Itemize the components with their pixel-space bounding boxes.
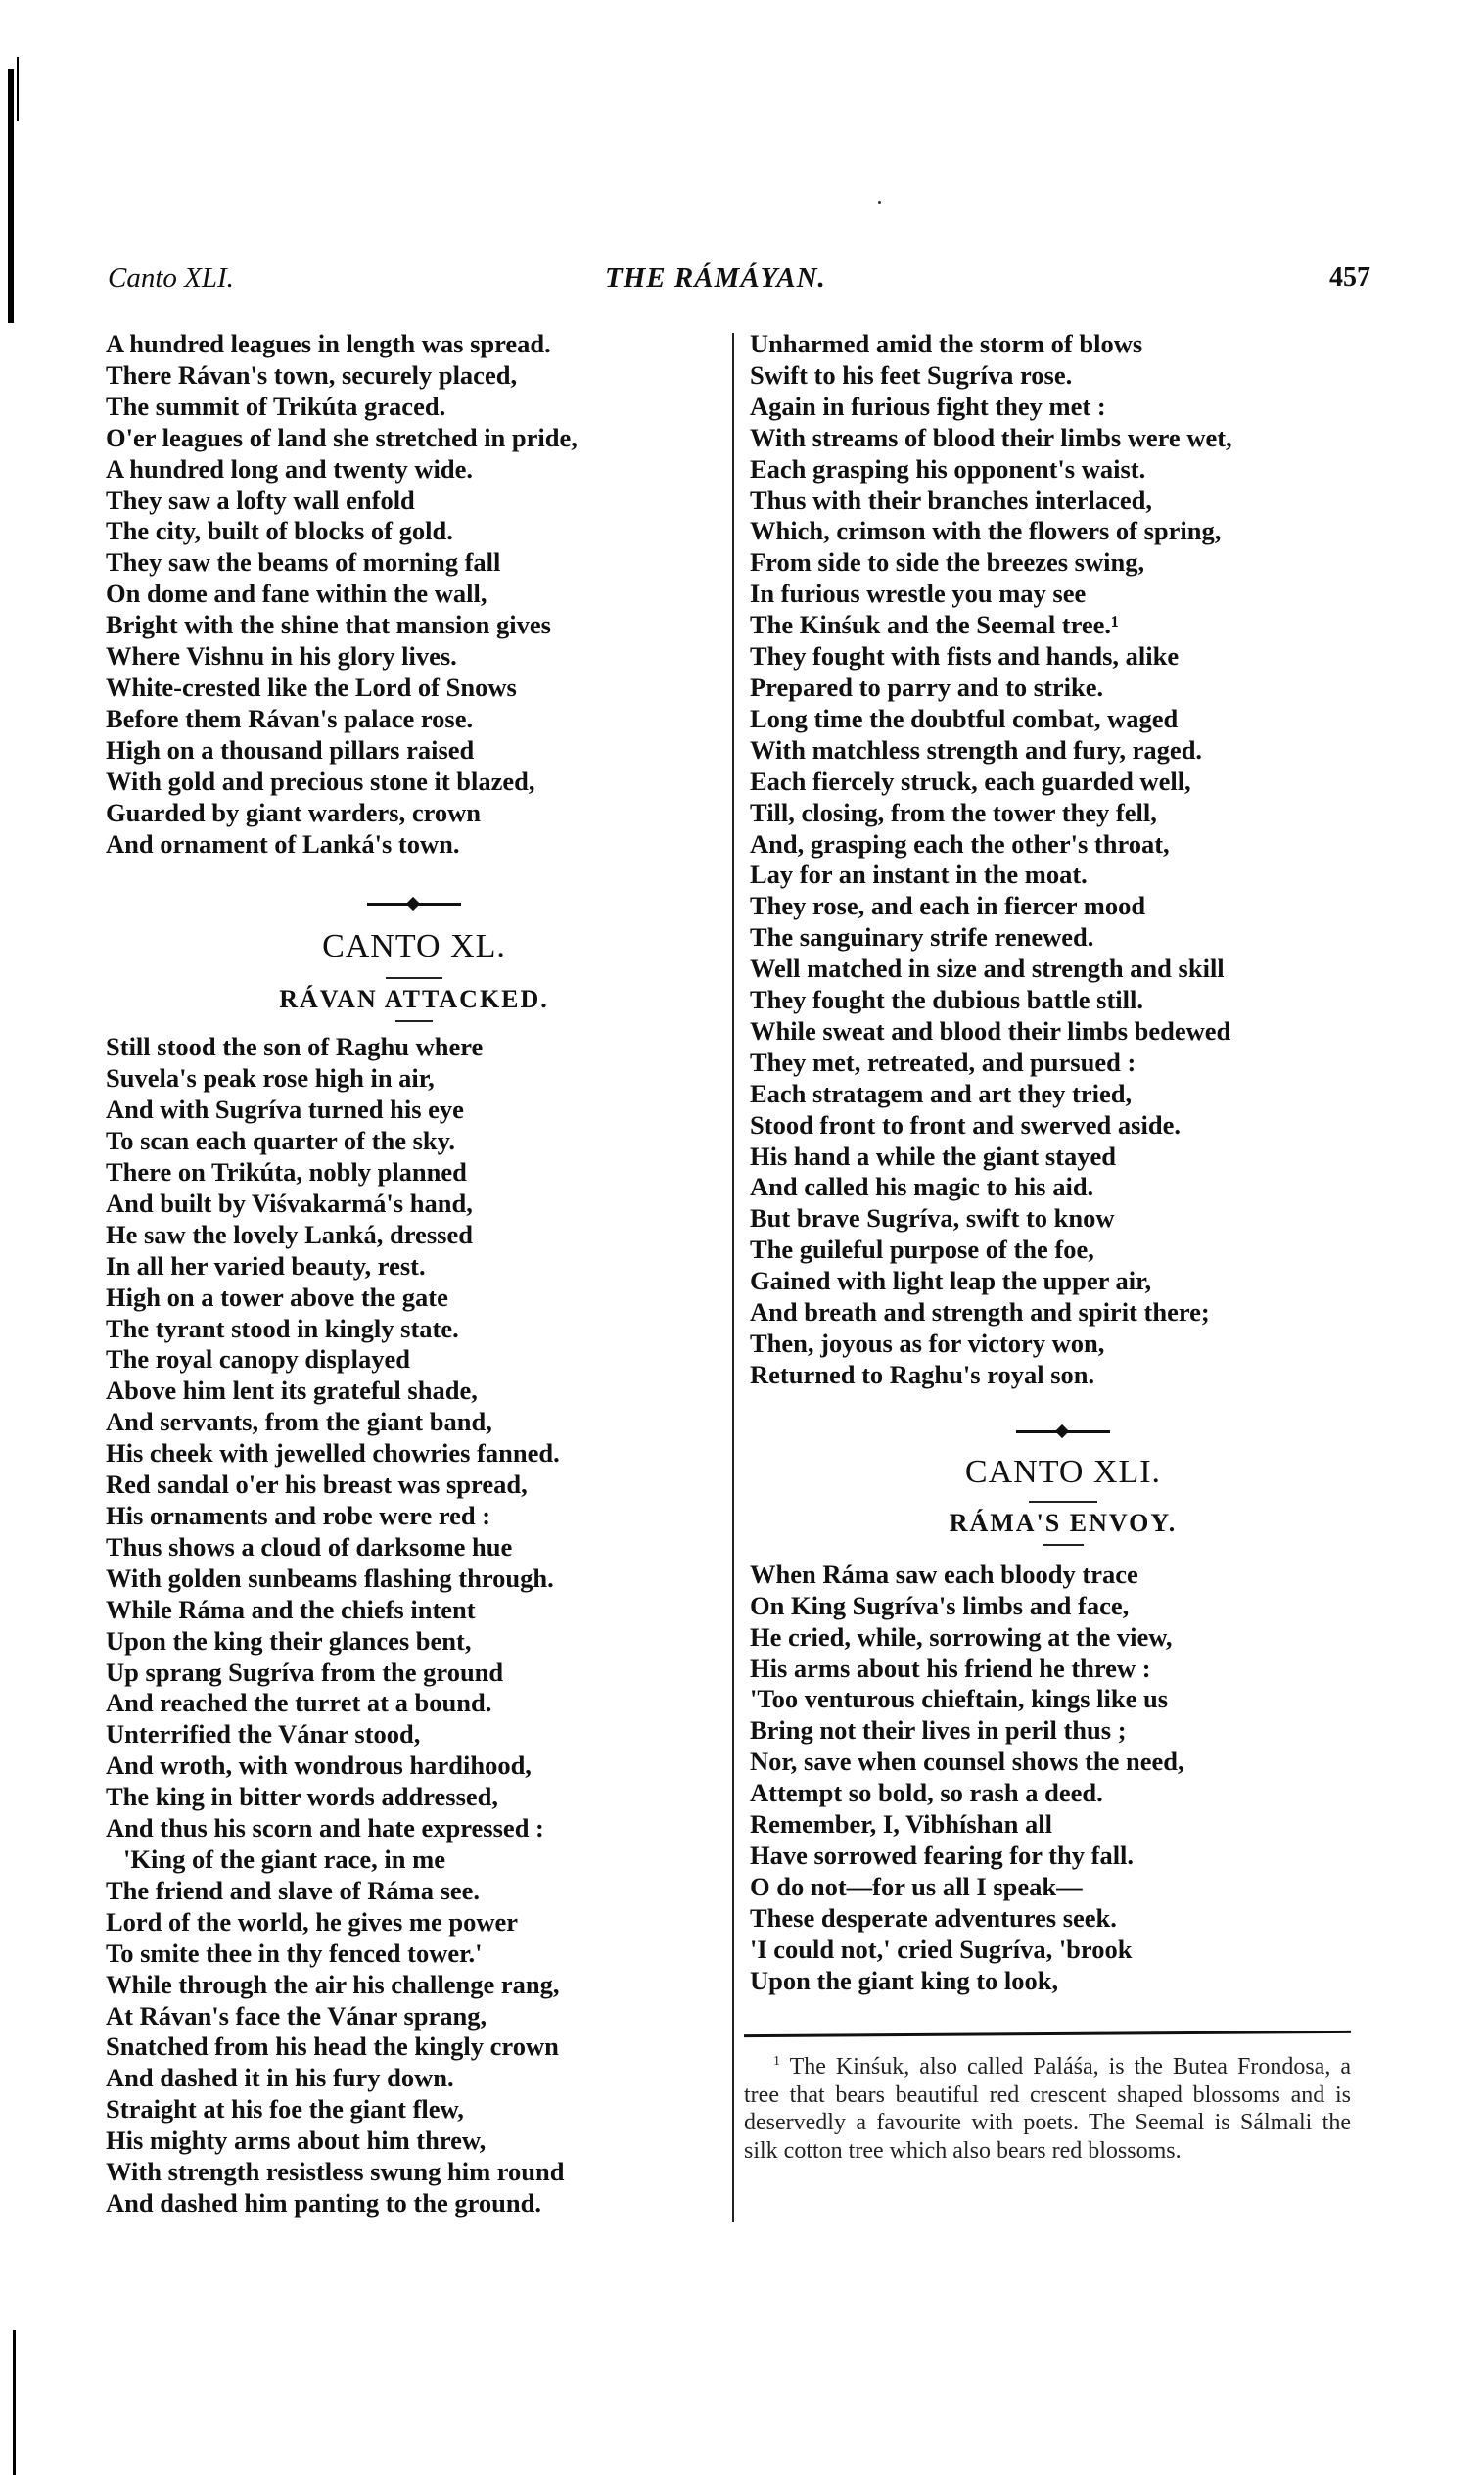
verse-line: When Ráma saw each bloody trace <box>750 1560 1376 1591</box>
verse-line: Each fiercely struck, each guarded well, <box>750 767 1376 798</box>
verse-line: And ornament of Lanká's town. <box>106 829 722 861</box>
verse-line: 'King of the giant race, in me <box>106 1845 722 1876</box>
verse-line: With strength resistless swung him round <box>106 2157 722 2188</box>
verse-line: And built by Viśvakarmá's hand, <box>106 1189 722 1220</box>
scan-speck <box>878 201 881 204</box>
verse-line: They met, retreated, and pursued : <box>750 1048 1376 1079</box>
verse-line: Again in furious fight they met : <box>750 392 1376 423</box>
running-head: Canto XLI. THE RÁMÁYAN. 457 <box>108 262 1370 302</box>
verse-line: The city, built of blocks of gold. <box>106 516 722 547</box>
verse-line: While through the air his challenge rang… <box>106 1970 722 2001</box>
verse-line: Where Vishnu in his glory lives. <box>106 641 722 673</box>
verse-line: With golden sunbeams flashing through. <box>106 1564 722 1595</box>
verse-line: Lord of the world, he gives me power <box>106 1907 722 1938</box>
verse-line: And dashed him panting to the ground. <box>106 2188 722 2219</box>
verse-line: And called his magic to his aid. <box>750 1172 1376 1203</box>
verse-line: His ornaments and robe were red : <box>106 1501 722 1532</box>
running-head-canto: Canto XLI. <box>108 262 234 295</box>
verse-line: Till, closing, from the tower they fell, <box>750 798 1376 829</box>
verse-line: And servants, from the giant band, <box>106 1407 722 1438</box>
verse-line: Suvela's peak rose high in air, <box>106 1063 722 1095</box>
verse-line: Which, crimson with the flowers of sprin… <box>750 516 1376 547</box>
verse-line: Attempt so bold, so rash a deed. <box>750 1778 1376 1809</box>
verse-line: Nor, save when counsel shows the need, <box>750 1747 1376 1778</box>
verse-line: Returned to Raghu's royal son. <box>750 1360 1376 1391</box>
verse-line: With gold and precious stone it blazed, <box>106 767 722 798</box>
verse-line: He saw the lovely Lanká, dressed <box>106 1220 722 1251</box>
scan-edge-mark-top <box>8 69 14 323</box>
left-continuation-verse: A hundred leagues in length was spread.T… <box>106 329 722 860</box>
verse-line: And, grasping each the other's throat, <box>750 829 1376 861</box>
verse-line: Bring not their lives in peril thus ; <box>750 1715 1376 1747</box>
verse-line: In all her varied beauty, rest. <box>106 1251 722 1283</box>
running-head-title: THE RÁMÁYAN. <box>605 262 826 295</box>
verse-line: Then, joyous as for victory won, <box>750 1329 1376 1360</box>
verse-line: And wroth, with wondrous hardihood, <box>106 1751 722 1782</box>
section-ornament <box>1016 1424 1110 1438</box>
page-number: 457 <box>1329 262 1370 294</box>
verse-line: Upon the giant king to look, <box>750 1966 1376 1997</box>
verse-line: Up sprang Sugríva from the ground <box>106 1658 722 1689</box>
verse-line: His cheek with jewelled chowries fanned. <box>106 1438 722 1470</box>
canto-xl-title: CANTO XL. <box>106 928 722 965</box>
verse-line: Still stood the son of Raghu where <box>106 1032 722 1063</box>
verse-line: The summit of Trikúta graced. <box>106 392 722 423</box>
verse-line: There on Trikúta, nobly planned <box>106 1157 722 1189</box>
verse-line: Thus shows a cloud of darksome hue <box>106 1532 722 1564</box>
verse-line: Well matched in size and strength and sk… <box>750 954 1376 985</box>
verse-line: And breath and strength and spirit there… <box>750 1297 1376 1329</box>
scan-edge-mark-bottom <box>13 2330 16 2475</box>
section-ornament <box>367 897 461 911</box>
verse-line: To scan each quarter of the sky. <box>106 1126 722 1157</box>
verse-line: A hundred long and twenty wide. <box>106 454 722 486</box>
verse-line: White-crested like the Lord of Snows <box>106 673 722 704</box>
verse-line: In furious wrestle you may see <box>750 579 1376 610</box>
verse-line: They saw the beams of morning fall <box>106 547 722 579</box>
verse-line: Snatched from his head the kingly crown <box>106 2031 722 2063</box>
canto-xli-subtitle: RÁMA'S ENVOY. <box>750 1509 1376 1538</box>
footnote: 1 The Kinśuk, also called Paláśa, is the… <box>744 2048 1351 2165</box>
verse-line: 'Too venturous chieftain, kings like us <box>750 1684 1376 1715</box>
verse-line: He cried, while, sorrowing at the view, <box>750 1622 1376 1654</box>
verse-line: They fought with fists and hands, alike <box>750 641 1376 673</box>
verse-line: Above him lent its grateful shade, <box>106 1376 722 1407</box>
verse-line: While sweat and blood their limbs bedewe… <box>750 1016 1376 1048</box>
verse-line: The king in bitter words addressed, <box>106 1782 722 1813</box>
verse-line: O do not—for us all I speak— <box>750 1872 1376 1903</box>
canto-xl-verse: Still stood the son of Raghu whereSuvela… <box>106 1032 722 2218</box>
verse-line: Unterrified the Vánar stood, <box>106 1719 722 1751</box>
verse-line: And with Sugríva turned his eye <box>106 1095 722 1126</box>
verse-line: Gained with light leap the upper air, <box>750 1266 1376 1297</box>
right-continuation-verse: Unharmed amid the storm of blowsSwift to… <box>750 329 1376 1391</box>
verse-line: They rose, and each in fiercer mood <box>750 891 1376 922</box>
verse-line: Long time the doubtful combat, waged <box>750 704 1376 735</box>
left-column: A hundred leagues in length was spread.T… <box>106 329 722 2219</box>
verse-line: His arms about his friend he threw : <box>750 1654 1376 1685</box>
verse-line: And reached the turret at a bound. <box>106 1688 722 1719</box>
verse-line: His hand a while the giant stayed <box>750 1142 1376 1173</box>
scan-edge-mark-top-thin <box>17 57 19 121</box>
verse-line: While Ráma and the chiefs intent <box>106 1595 722 1626</box>
canto-xl-subtitle: RÁVAN ATTACKED. <box>106 985 722 1014</box>
verse-line: 'I could not,' cried Sugríva, 'brook <box>750 1935 1376 1966</box>
verse-line: The Kinśuk and the Seemal tree.¹ <box>750 610 1376 641</box>
verse-line: Before them Rávan's palace rose. <box>106 704 722 735</box>
verse-line: O'er leagues of land she stretched in pr… <box>106 423 722 454</box>
verse-line: Remember, I, Vibhíshan all <box>750 1809 1376 1841</box>
footnote-rule <box>744 2031 1351 2037</box>
footnote-text: The Kinśuk, also called Paláśa, is the B… <box>744 2054 1351 2164</box>
verse-line: Swift to his feet Sugríva rose. <box>750 360 1376 392</box>
verse-line: Bright with the shine that mansion gives <box>106 610 722 641</box>
verse-line: On dome and fane within the wall, <box>106 579 722 610</box>
verse-line: Red sandal o'er his breast was spread, <box>106 1470 722 1501</box>
verse-line: Have sorrowed fearing for thy fall. <box>750 1841 1376 1872</box>
canto-xli-verse: When Ráma saw each bloody traceOn King S… <box>750 1560 1376 1997</box>
verse-line: There Rávan's town, securely placed, <box>106 360 722 392</box>
verse-line: Each grasping his opponent's waist. <box>750 454 1376 486</box>
verse-line: High on a thousand pillars raised <box>106 735 722 767</box>
footnote-marker: 1 <box>773 2054 780 2069</box>
verse-line: High on a tower above the gate <box>106 1283 722 1314</box>
verse-line: At Rávan's face the Vánar sprang, <box>106 2001 722 2032</box>
verse-line: Straight at his foe the giant flew, <box>106 2094 722 2125</box>
verse-line: But brave Sugríva, swift to know <box>750 1203 1376 1235</box>
verse-line: And dashed it in his fury down. <box>106 2063 722 2094</box>
verse-line: The royal canopy displayed <box>106 1344 722 1376</box>
column-divider <box>732 333 734 2222</box>
verse-line: To smite thee in thy fenced tower.' <box>106 1938 722 1970</box>
verse-line: These desperate adventures seek. <box>750 1903 1376 1935</box>
verse-line: Stood front to front and swerved aside. <box>750 1110 1376 1142</box>
verse-line: The sanguinary strife renewed. <box>750 922 1376 954</box>
verse-line: They saw a lofty wall enfold <box>106 486 722 517</box>
right-column: Unharmed amid the storm of blowsSwift to… <box>750 329 1376 1997</box>
verse-line: And thus his scorn and hate expressed : <box>106 1813 722 1845</box>
verse-line: Guarded by giant warders, crown <box>106 798 722 829</box>
verse-line: The friend and slave of Ráma see. <box>106 1876 722 1907</box>
verse-line: His mighty arms about him threw, <box>106 2125 722 2157</box>
verse-line: From side to side the breezes swing, <box>750 547 1376 579</box>
verse-line: Thus with their branches interlaced, <box>750 486 1376 517</box>
verse-line: Prepared to parry and to strike. <box>750 673 1376 704</box>
verse-line: Upon the king their glances bent, <box>106 1626 722 1658</box>
verse-line: A hundred leagues in length was spread. <box>106 329 722 360</box>
verse-line: On King Sugríva's limbs and face, <box>750 1591 1376 1622</box>
verse-line: The tyrant stood in kingly state. <box>106 1314 722 1345</box>
verse-line: The guileful purpose of the foe, <box>750 1235 1376 1266</box>
verse-line: They fought the dubious battle still. <box>750 985 1376 1016</box>
verse-line: Unharmed amid the storm of blows <box>750 329 1376 360</box>
verse-line: With streams of blood their limbs were w… <box>750 423 1376 454</box>
verse-line: Each stratagem and art they tried, <box>750 1079 1376 1110</box>
canto-xli-title: CANTO XLI. <box>750 1454 1376 1491</box>
verse-line: Lay for an instant in the moat. <box>750 860 1376 891</box>
verse-line: With matchless strength and fury, raged. <box>750 735 1376 767</box>
